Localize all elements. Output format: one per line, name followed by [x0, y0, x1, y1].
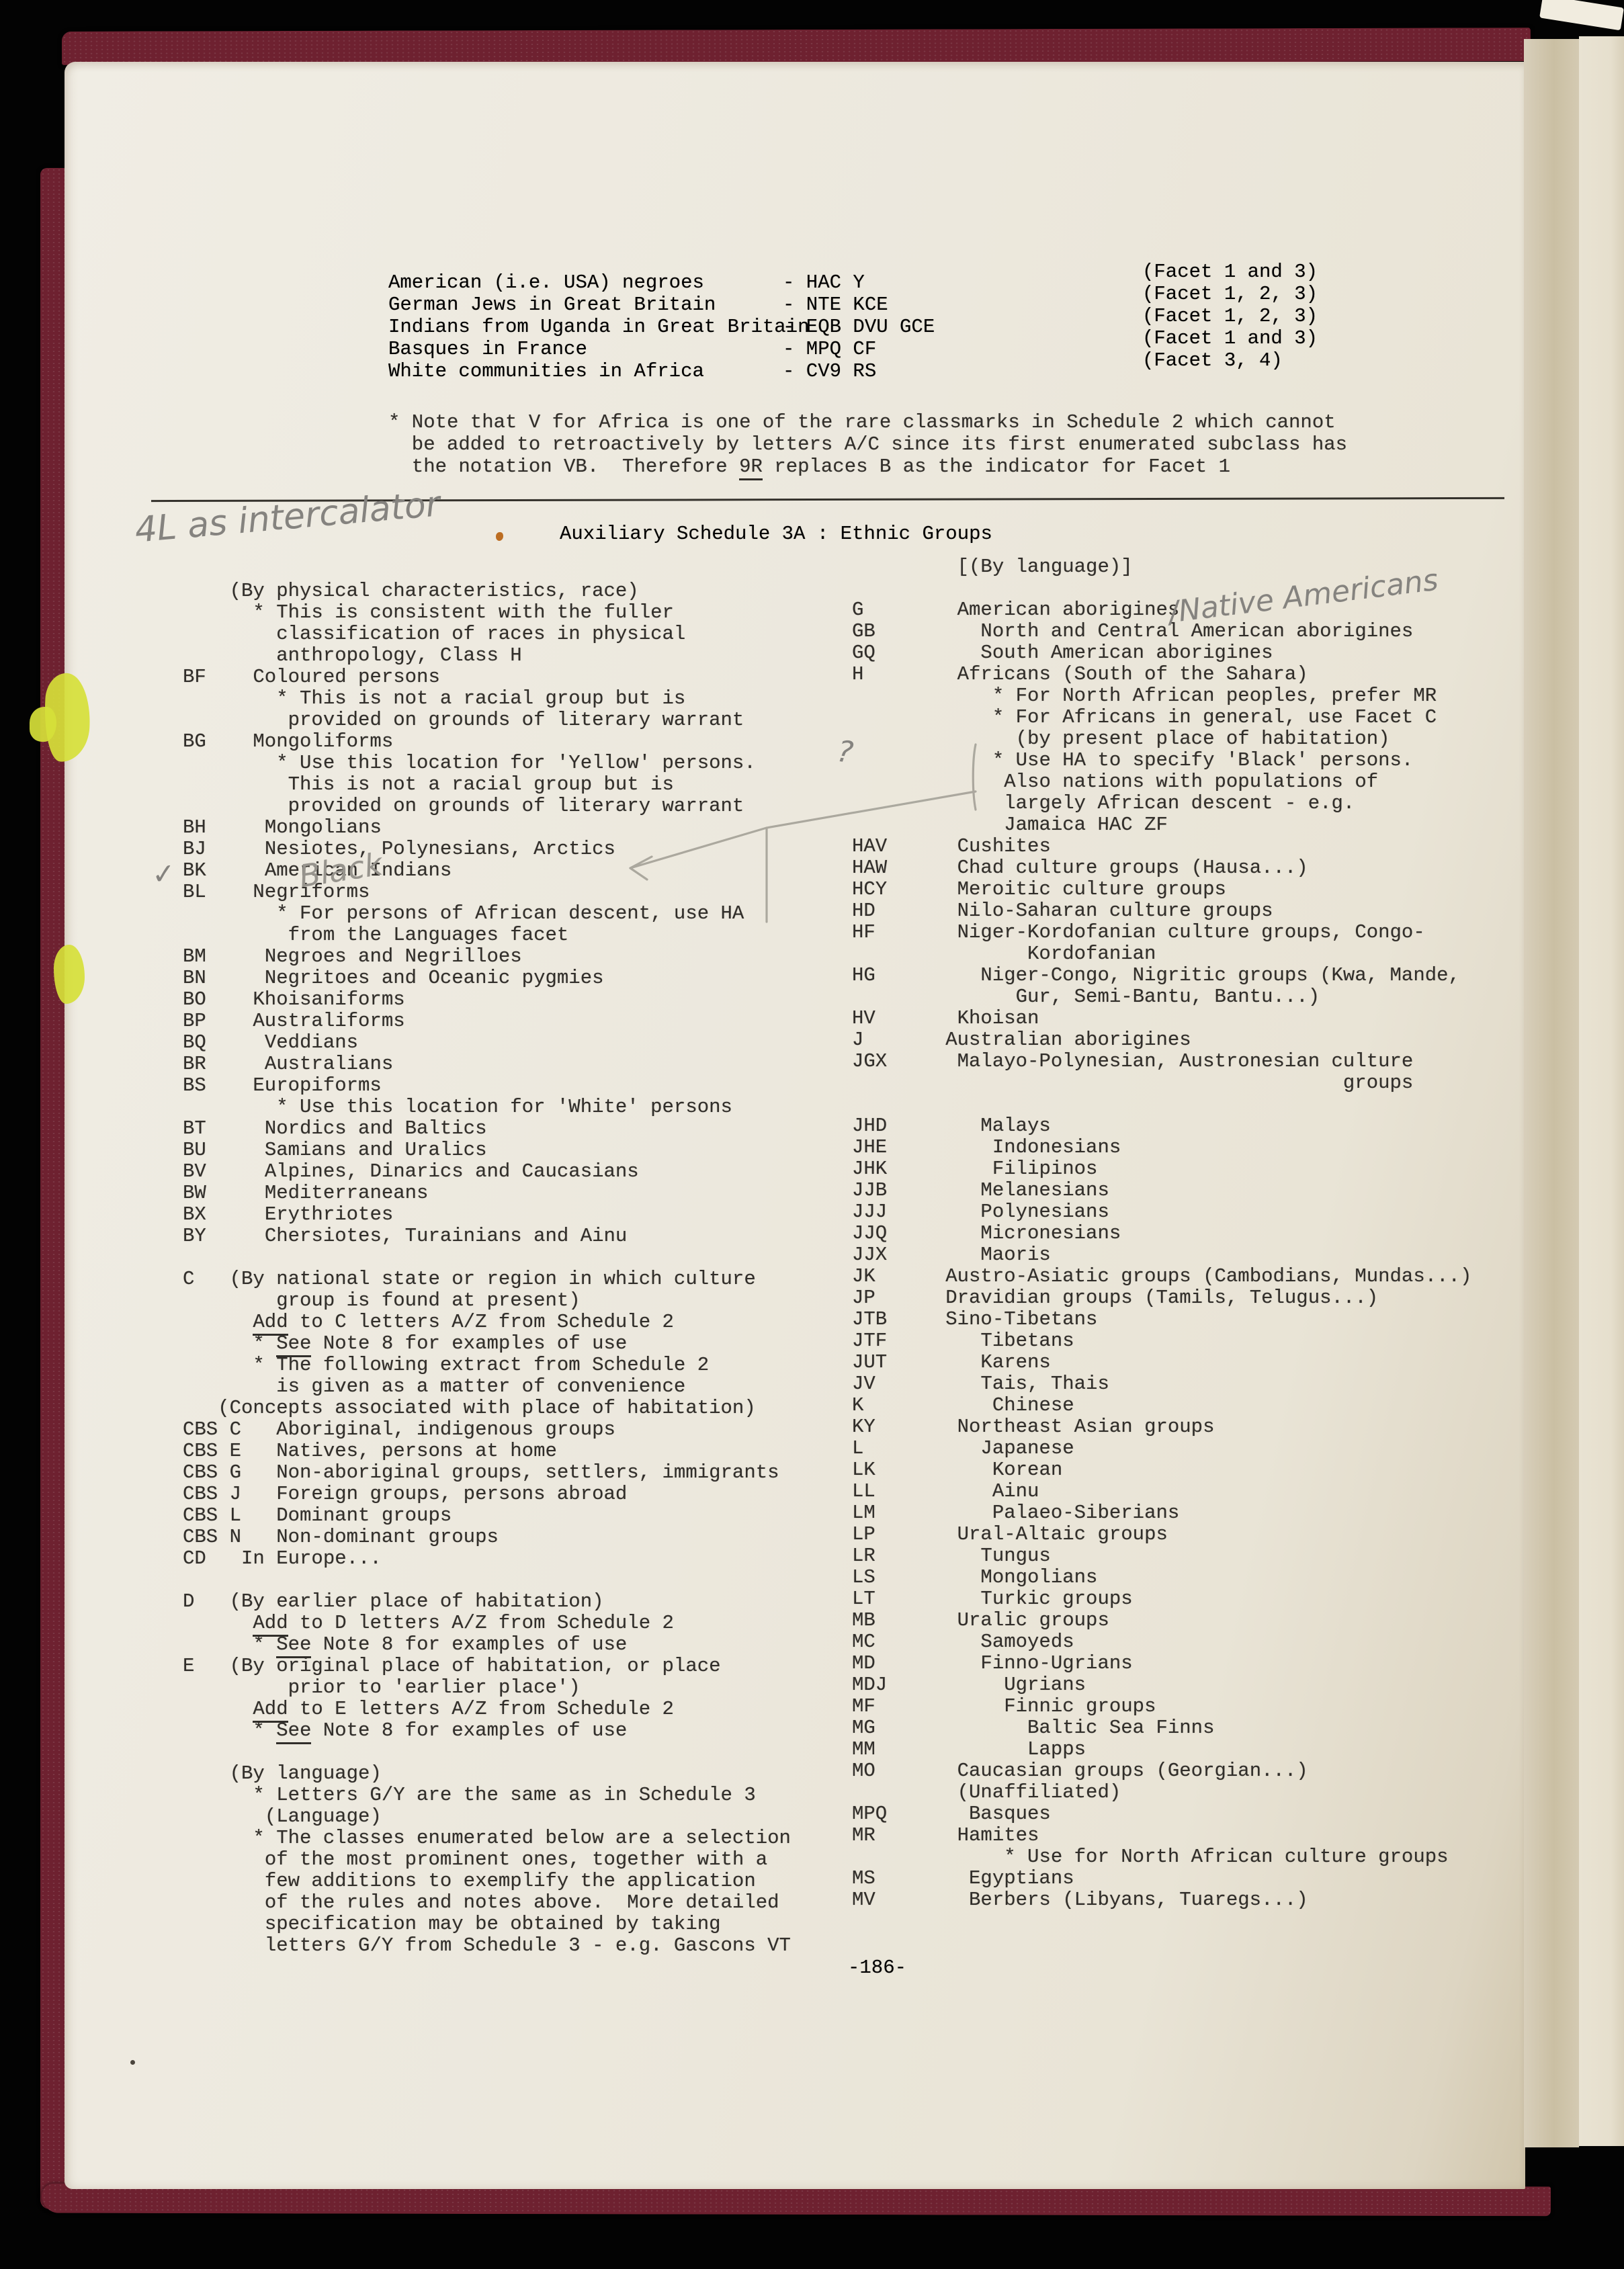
- photographed-book-page: { "page": { "title": "Auxiliary Schedule…: [0, 0, 1624, 2269]
- pencil-bracket-line: [973, 744, 976, 810]
- pencil-arrow-line: [630, 791, 976, 868]
- pencil-arrow-annotation: [0, 0, 1624, 2269]
